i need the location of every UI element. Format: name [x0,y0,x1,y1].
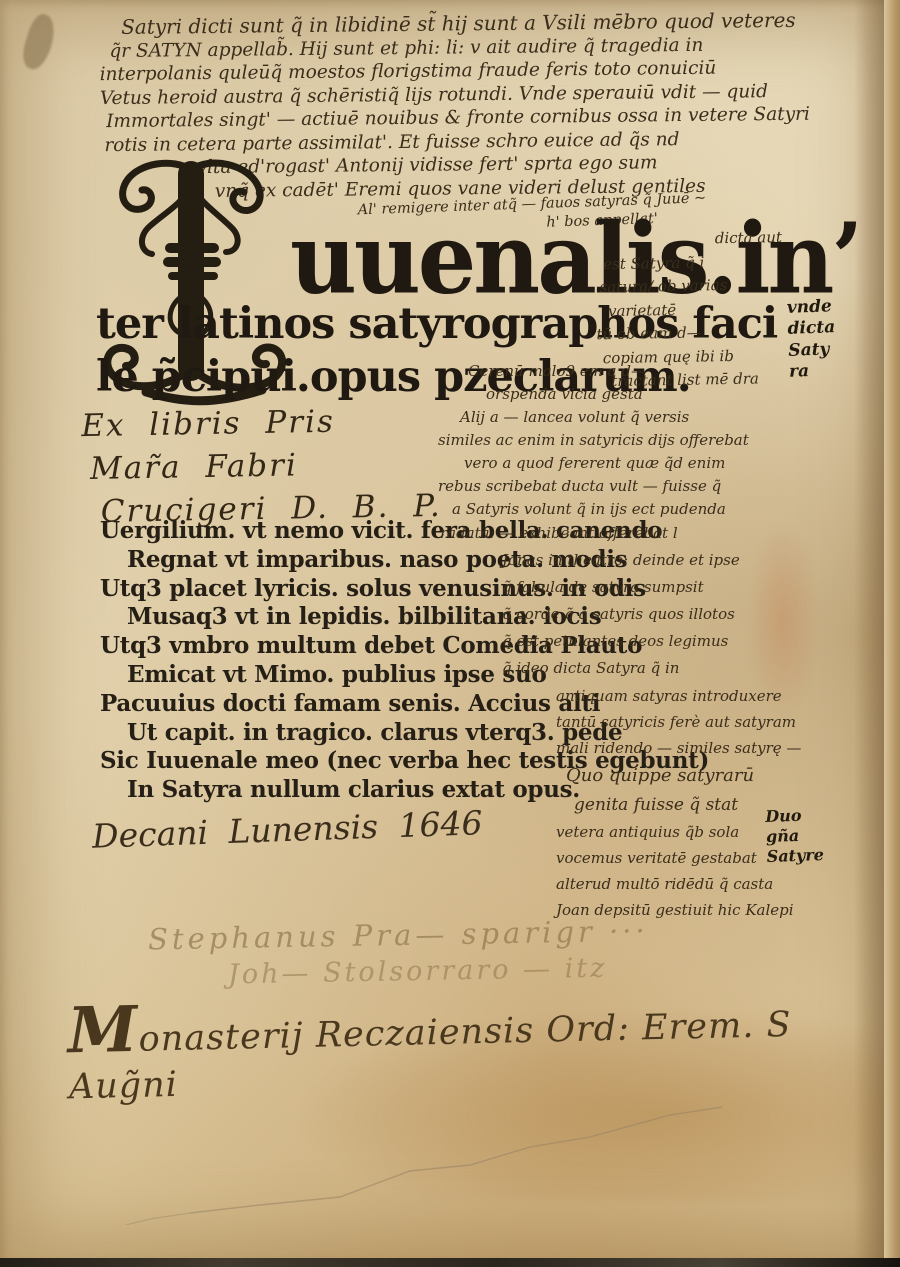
annotation-line: Jonas in theatro: deinde et ipse [502,547,885,574]
annotation-line: Quo quippe satyrarū [566,761,891,791]
annotation-line: dicta aut [715,225,867,251]
annotation-line: Alij a — lancea volunt q̃ versis [460,406,893,429]
keyword-line: dicta [787,317,835,340]
annotation-line: a Satyris volunt q̃ in ijs ect pudenda [452,498,893,521]
book-page: Satyri dicti sunt q̃ in libidinē st̃ hij… [0,0,900,1267]
annotation-line: q̃ corde q̃ a satyris quos illotos [502,601,885,628]
annotation-line: q̃ ideo dicta Satyra q̃ in [502,655,885,682]
margin-keyword-duo-genera-satyre: DuogñaSatyre [765,805,824,867]
annotation-line: q̃ fabula de satyra sumpsit [502,574,885,601]
annotation-line: antiquam satyras introduxere [556,683,891,709]
keyword-line: Satyre [766,845,824,867]
annotation-line: orspenda vicia gesta [486,383,893,406]
keyword-line: Duo [765,805,823,827]
annotation-line: mali ridendo — similes satyrę — [556,735,891,761]
ex-libris-line: Mar̃a Fabri [90,442,442,491]
book-bottom-edge [0,1258,900,1267]
annotation-line: vero a quod fererent quæ q̃d enim [464,452,893,475]
faint-inscription: Stephanus Pra— sparigr ··· [148,914,649,957]
ex-libris-inscription: Ex libris PrisMar̃a FabriCrucigeri D. B.… [81,399,442,534]
paper-damage-mark [18,11,60,72]
annotation-line: similes ac enim in satyricis dijs offere… [438,429,893,452]
annotation-line: tantū satyricis ferè aut satyram [556,709,891,735]
annotation-line: alterud multō ridēdū q̃ casta [556,871,891,897]
keyword-line: gña [766,825,824,847]
margin-keyword-vnde-dicta-satyra: vndedictaSatyra [787,296,838,383]
margin-annotation-block: Cerenū malo9 em a d—orspenda vicia gesta… [438,360,893,521]
keyword-line: vnde [787,296,835,319]
annotation-line: genita fuisse q̃ stat [574,791,891,819]
annotation-line: radata: — exhibeant offerebat l [440,520,885,547]
keyword-line: Saty [788,339,836,362]
annotation-line: q̃ est petulantes deos legimus [502,628,885,655]
annotation-line: vocemus veritatē gestabat [556,845,891,871]
ex-libris-line: Ex libris Pris [81,399,441,448]
annotation-line: rebus scribebat ducta vult — fuisse q̃ [438,475,893,498]
paper-crack-line [110,1085,730,1225]
annotation-line: vetera antiquius q̃b sola [556,819,891,845]
margin-annotation-block: radata: — exhibeant offerebat lJonas in … [440,520,885,682]
margin-annotation-block: antiquam satyras introduxeretantū satyri… [556,683,891,923]
keyword-line: ra [789,360,837,383]
monastery-inscription: Monasterij Reczaiensis Ord: Erem. S Aug̃… [67,975,895,1108]
date-inscription: Decani Lunensis 1646 [91,803,483,856]
